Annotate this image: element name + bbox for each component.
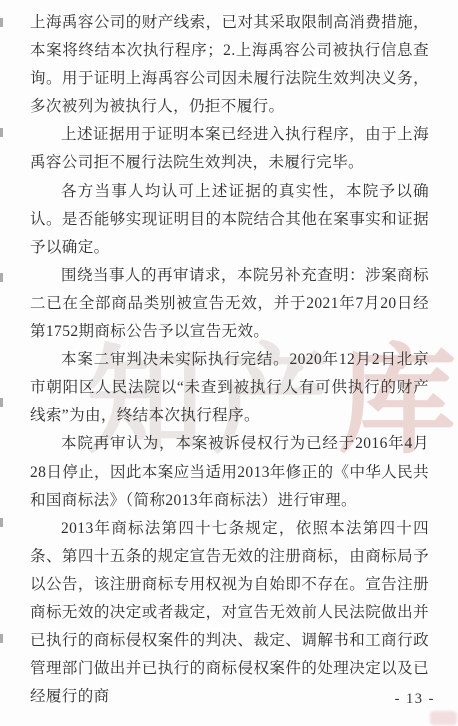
scan-artifact [0, 128, 3, 137]
paragraph: 上述证据用于证明本案已经进入执行程序，由于上海禹容公司拒不履行法院生效判决，未履… [30, 121, 429, 177]
judgment-text: 上海禹容公司的财产线索，已对其采取限制高消费措施，本案将终结本次执行程序；2.上… [30, 9, 429, 711]
scan-smudge [430, 711, 457, 725]
page-number: - 13 - [395, 691, 435, 708]
paragraph: 围绕当事人的再审请求，本院另补充查明：涉案商标二已在全部商品类别被宣告无效，并于… [30, 262, 429, 346]
scan-artifact [0, 273, 3, 282]
paragraph: 2013年商标法第四十七条规定，依照本法第四十四条、第四十五条的规定宣告无效的注… [30, 515, 429, 712]
scan-artifact [0, 398, 3, 407]
scan-artifact [0, 634, 3, 643]
paragraph: 各方当事人均认可上述证据的真实性，本院予以确认。是否能够实现证明目的本院结合其他… [30, 178, 429, 262]
scan-artifact [0, 518, 3, 527]
paragraph: 本案二审判决未实际执行完结。2020年12月2日北京市朝阳区人民法院以“未查到被… [30, 346, 429, 430]
paragraph-continuation: 上海禹容公司的财产线索，已对其采取限制高消费措施，本案将终结本次执行程序；2.上… [30, 9, 429, 121]
paragraph: 本院再审认为，本案被诉侵权行为已经于2016年4月28日停止，因此本案应当适用2… [30, 430, 429, 514]
scan-artifact [0, 18, 3, 27]
document-page: 知产库 上海禹容公司的财产线索，已对其采取限制高消费措施，本案将终结本次执行程序… [0, 0, 458, 726]
